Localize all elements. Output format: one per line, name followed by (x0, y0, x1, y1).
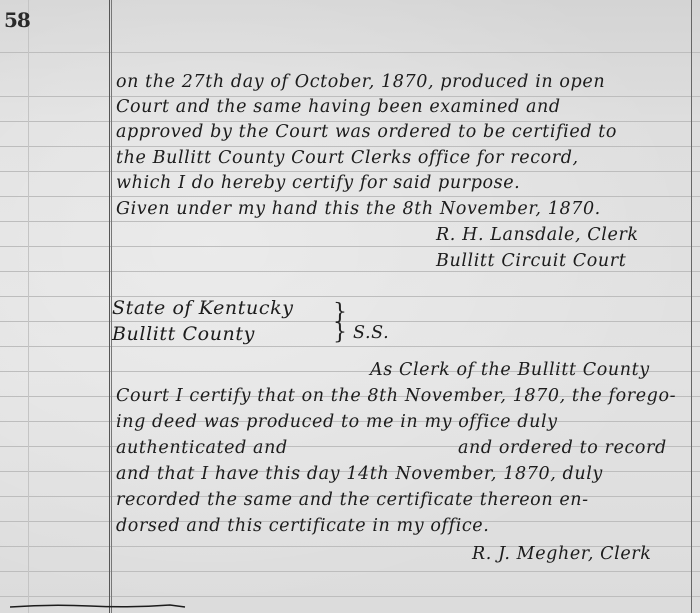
text-line: which I do hereby certify for said purpo… (116, 173, 520, 193)
text-line: approved by the Court was ordered to be … (116, 122, 617, 142)
text-line: the Bullitt County Court Clerks office f… (116, 148, 579, 168)
ruled-line (0, 52, 700, 53)
venue-state: State of Kentucky (112, 297, 294, 319)
ruled-line (0, 146, 700, 147)
ruled-line (0, 596, 700, 597)
text-line: on the 27th day of October, 1870, produc… (116, 72, 605, 92)
text-line: recorded the same and the certificate th… (116, 490, 589, 510)
venue-ss: S.S. (353, 323, 389, 343)
text-line: Court I certify that on the 8th November… (116, 386, 676, 406)
venue-county: Bullitt County (112, 323, 255, 345)
ruled-line (0, 321, 700, 322)
margin-guide-line (28, 0, 29, 613)
page-number: 58 (4, 8, 30, 32)
margin-line (109, 0, 110, 613)
ruled-line (0, 196, 700, 197)
ruled-line (0, 246, 700, 247)
signature-clerk: R. H. Lansdale, Clerk (436, 225, 639, 245)
right-margin-line (691, 0, 692, 613)
ruled-line (0, 296, 700, 297)
end-flourish-icon (10, 604, 190, 608)
text-line: and ordered to record (458, 438, 667, 458)
ledger-page: 58 on the 27th day of October, 1870, pro… (0, 0, 700, 613)
brace-icon: } (333, 322, 347, 344)
text-line: dorsed and this certificate in my office… (116, 516, 489, 536)
text-line: As Clerk of the Bullitt County (370, 360, 650, 380)
text-line: Court and the same having been examined … (116, 97, 561, 117)
signature-title: Bullitt Circuit Court (436, 251, 626, 271)
signature-clerk: R. J. Megher, Clerk (472, 544, 651, 564)
ruled-line (0, 221, 700, 222)
text-line: Given under my hand this the 8th Novembe… (116, 199, 601, 219)
ruled-line (0, 171, 700, 172)
text-line: and that I have this day 14th November, … (116, 464, 603, 484)
text-line: authenticated and (116, 438, 288, 458)
ruled-line (0, 271, 700, 272)
ruled-line (0, 346, 700, 347)
ruled-line (0, 571, 700, 572)
text-line: ing deed was produced to me in my office… (116, 412, 558, 432)
